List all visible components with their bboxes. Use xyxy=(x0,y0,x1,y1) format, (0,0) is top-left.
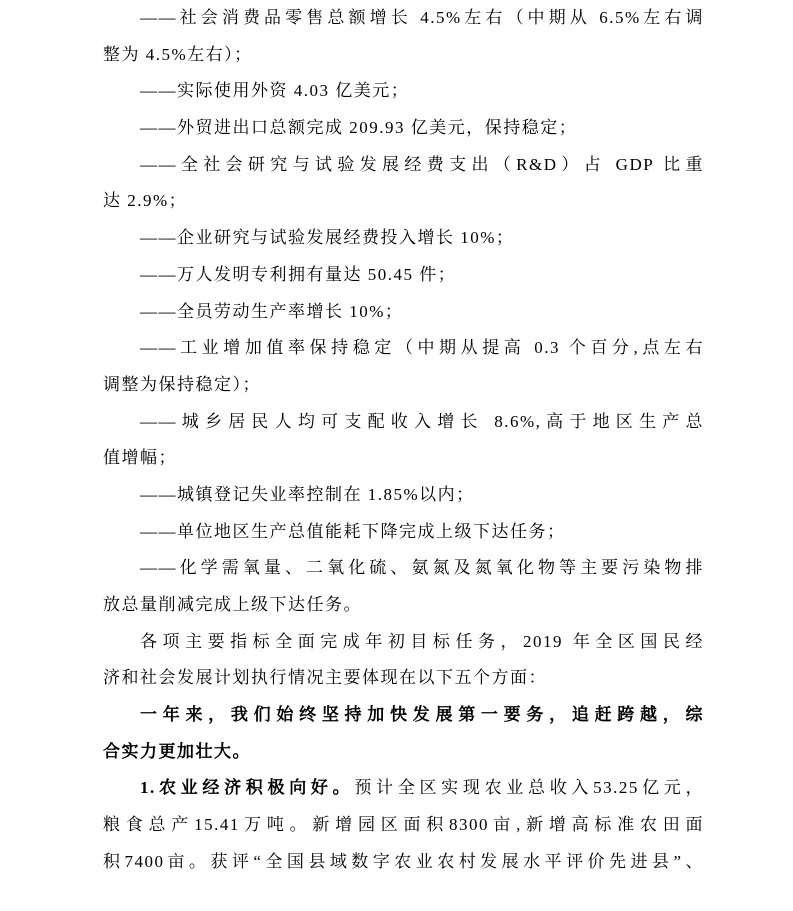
document-line: 达 2.9%； xyxy=(103,183,704,220)
text-segment: 预计全区实现农业总收入53.25亿元， xyxy=(354,778,704,797)
text-segment: ——工业增加值率保持稳定（中期从提高 0.3 个百分,点左右 xyxy=(140,338,704,357)
document-line: 粮食总产15.41万吨。新增园区面积8300亩,新增高标准农田面 xyxy=(103,807,704,844)
document-line: ——单位地区生产总值能耗下降完成上级下达任务； xyxy=(103,514,704,551)
document-line: 整为 4.5%左右）； xyxy=(103,37,704,74)
text-segment: ——企业研究与试验发展经费投入增长 10%； xyxy=(140,228,514,247)
document-line: 积7400亩。获评“全国县域数字农业农村发展水平评价先进县”、 xyxy=(103,844,704,881)
text-segment: 值增幅； xyxy=(103,448,177,467)
text-segment: ——实际使用外资 4.03 亿美元； xyxy=(140,81,409,100)
document-line: ——万人发明专利拥有量达 50.45 件； xyxy=(103,257,704,294)
text-segment: ——城乡居民人均可支配收入增长 8.6%,高于地区生产总 xyxy=(140,412,704,431)
document-line: 一年来，我们始终坚持加快发展第一要务，追赶跨越，综 xyxy=(103,697,704,734)
document-line: ——外贸进出口总额完成 209.93 亿美元，保持稳定； xyxy=(103,110,704,147)
text-segment: 放总量削减完成上级下达任务。 xyxy=(103,595,362,614)
text-segment: ——万人发明专利拥有量达 50.45 件； xyxy=(140,265,456,284)
document-line: 值增幅； xyxy=(103,440,704,477)
text-segment: 调整为保持稳定）； xyxy=(103,375,261,394)
text-segment: 粮食总产15.41万吨。新增园区面积8300亩,新增高标准农田面 xyxy=(103,815,704,834)
document-line: ——全员劳动生产率增长 10%； xyxy=(103,294,704,331)
document-line: ——工业增加值率保持稳定（中期从提高 0.3 个百分,点左右 xyxy=(103,330,704,367)
document-line: ——城乡居民人均可支配收入增长 8.6%,高于地区生产总 xyxy=(103,404,704,441)
document-line: ——全社会研究与试验发展经费支出（R&D）占 GDP 比重 xyxy=(103,147,704,184)
document-line: ——化学需氧量、二氧化硫、氨氮及氮氧化物等主要污染物排 xyxy=(103,550,704,587)
document-page: ——社会消费品零售总额增长 4.5%左右（中期从 6.5%左右调整为 4.5%左… xyxy=(0,0,793,911)
text-segment: 整为 4.5%左右）； xyxy=(103,45,253,64)
document-line: ——实际使用外资 4.03 亿美元； xyxy=(103,73,704,110)
text-segment: ——城镇登记失业率控制在 1.85%以内； xyxy=(140,485,475,504)
document-line: 调整为保持稳定）； xyxy=(103,367,704,404)
text-segment-bold: 1.农业经济积极向好。 xyxy=(140,778,354,797)
document-line: 1.农业经济积极向好。预计全区实现农业总收入53.25亿元， xyxy=(103,770,704,807)
text-segment-bold: 合实力更加壮大。 xyxy=(103,742,251,761)
document-line: 各项主要指标全面完成年初目标任务，2019 年全区国民经 xyxy=(103,624,704,661)
text-segment: ——全员劳动生产率增长 10%； xyxy=(140,302,403,321)
document-line: ——企业研究与试验发展经费投入增长 10%； xyxy=(103,220,704,257)
text-segment: ——外贸进出口总额完成 209.93 亿美元，保持稳定； xyxy=(140,118,577,137)
text-segment: ——全社会研究与试验发展经费支出（R&D）占 GDP 比重 xyxy=(140,155,704,174)
text-segment: 济和社会发展计划执行情况主要体现在以下五个方面： xyxy=(103,668,547,687)
document-line: 济和社会发展计划执行情况主要体现在以下五个方面： xyxy=(103,660,704,697)
text-segment: 各项主要指标全面完成年初目标任务，2019 年全区国民经 xyxy=(140,632,704,651)
document-line: ——城镇登记失业率控制在 1.85%以内； xyxy=(103,477,704,514)
document-line: 合实力更加壮大。 xyxy=(103,734,704,771)
document-line: 放总量削减完成上级下达任务。 xyxy=(103,587,704,624)
text-segment: 达 2.9%； xyxy=(103,191,187,210)
text-segment: ——化学需氧量、二氧化硫、氨氮及氮氧化物等主要污染物排 xyxy=(140,558,704,577)
text-segment: ——单位地区生产总值能耗下降完成上级下达任务； xyxy=(140,522,566,541)
document-line: ——社会消费品零售总额增长 4.5%左右（中期从 6.5%左右调 xyxy=(103,0,704,37)
document-body: ——社会消费品零售总额增长 4.5%左右（中期从 6.5%左右调整为 4.5%左… xyxy=(103,0,704,881)
text-segment-bold: 一年来，我们始终坚持加快发展第一要务，追赶跨越，综 xyxy=(140,705,704,724)
text-segment: 积7400亩。获评“全国县域数字农业农村发展水平评价先进县”、 xyxy=(103,852,704,871)
text-segment: ——社会消费品零售总额增长 4.5%左右（中期从 6.5%左右调 xyxy=(140,8,704,27)
